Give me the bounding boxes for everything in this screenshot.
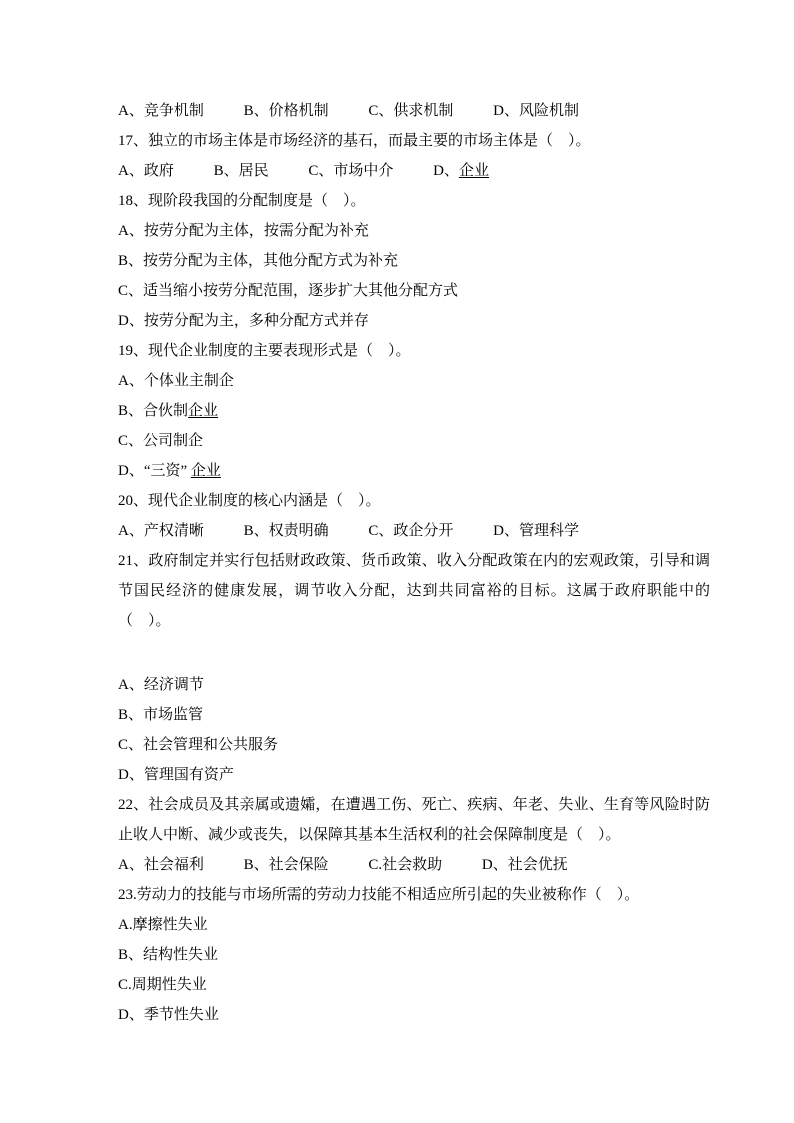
q22-option-b: B、社会保险 <box>244 850 329 880</box>
q20-options-row: A、产权清晰 B、权责明确 C、政企分开 D、管理科学 <box>118 516 710 546</box>
question-21: 21、政府制定并实行包括财政政策、货币政策、收入分配政策在内的宏观政策，引导和调… <box>118 546 710 790</box>
q17-option-c: C、市场中介 <box>308 156 393 186</box>
q16-option-a: A、竞争机制 <box>118 96 204 126</box>
q17-options-row: A、政府 B、居民 C、市场中介 D、企业 <box>118 156 710 186</box>
q20-stem: 20、现代企业制度的核心内涵是（ ）。 <box>118 486 710 516</box>
q19-option-a: A、个体业主制企 <box>118 366 710 396</box>
q16-option-c: C、供求机制 <box>368 96 453 126</box>
q19-option-d-label: D、“三资” <box>118 463 191 479</box>
q17-option-a: A、政府 <box>118 156 174 186</box>
question-22: 22、社会成员及其亲属或遗孀，在遭遇工伤、死亡、疾病、年老、失业、生育等风险时防… <box>118 790 710 880</box>
q23-option-a: A.摩擦性失业 <box>118 910 710 940</box>
q17-option-d-label: D、 <box>433 163 459 179</box>
q17-option-b: B、居民 <box>214 156 269 186</box>
q19-option-b: B、合伙制企业 <box>118 396 710 426</box>
q18-stem: 18、现阶段我国的分配制度是（ ）。 <box>118 186 710 216</box>
q16-option-d: D、风险机制 <box>493 96 579 126</box>
q21-blank-line <box>118 636 710 670</box>
q19-option-d-underlined-text: 企业 <box>191 463 221 479</box>
q19-option-b-underlined-text: 企业 <box>188 403 218 419</box>
q23-option-b: B、结构性失业 <box>118 940 710 970</box>
question-17: 17、独立的市场主体是市场经济的基石，而最主要的市场主体是（ ）。 A、政府 B… <box>118 126 710 186</box>
q20-option-b: B、权责明确 <box>244 516 329 546</box>
q22-option-c: C.社会救助 <box>368 850 442 880</box>
q21-option-b: B、市场监管 <box>118 700 710 730</box>
q18-option-d: D、按劳分配为主，多种分配方式并存 <box>118 306 710 336</box>
q17-option-d-underlined-answer: 企业 <box>459 163 489 179</box>
q22-stem: 22、社会成员及其亲属或遗孀，在遭遇工伤、死亡、疾病、年老、失业、生育等风险时防… <box>118 790 710 850</box>
q19-option-d: D、“三资” 企业 <box>118 456 710 486</box>
q18-option-b: B、按劳分配为主体，其他分配方式为补充 <box>118 246 710 276</box>
q23-option-c: C.周期性失业 <box>118 970 710 1000</box>
document-page: A、竞争机制 B、价格机制 C、供求机制 D、风险机制 17、独立的市场主体是市… <box>0 0 794 1123</box>
q22-option-a: A、社会福利 <box>118 850 204 880</box>
q17-stem: 17、独立的市场主体是市场经济的基石，而最主要的市场主体是（ ）。 <box>118 126 710 156</box>
exam-content: A、竞争机制 B、价格机制 C、供求机制 D、风险机制 17、独立的市场主体是市… <box>118 96 710 1030</box>
q21-option-d: D、管理国有资产 <box>118 760 710 790</box>
question-20: 20、现代企业制度的核心内涵是（ ）。 A、产权清晰 B、权责明确 C、政企分开… <box>118 486 710 546</box>
question-18: 18、现阶段我国的分配制度是（ ）。 A、按劳分配为主体，按需分配为补充 B、按… <box>118 186 710 336</box>
q23-option-d: D、季节性失业 <box>118 1000 710 1030</box>
q18-option-a: A、按劳分配为主体，按需分配为补充 <box>118 216 710 246</box>
q16-options-row: A、竞争机制 B、价格机制 C、供求机制 D、风险机制 <box>118 96 710 126</box>
q20-option-d: D、管理科学 <box>493 516 579 546</box>
q19-option-c: C、公司制企 <box>118 426 710 456</box>
q20-option-a: A、产权清晰 <box>118 516 204 546</box>
question-19: 19、现代企业制度的主要表现形式是（ ）。 A、个体业主制企 B、合伙制企业 C… <box>118 336 710 486</box>
q21-option-c: C、社会管理和公共服务 <box>118 730 710 760</box>
q18-option-c: C、适当缩小按劳分配范围，逐步扩大其他分配方式 <box>118 276 710 306</box>
q23-stem: 23.劳动力的技能与市场所需的劳动力技能不相适应所引起的失业被称作（ ）。 <box>118 880 710 910</box>
q22-option-d: D、社会优抚 <box>482 850 568 880</box>
q21-option-a: A、经济调节 <box>118 670 710 700</box>
question-23: 23.劳动力的技能与市场所需的劳动力技能不相适应所引起的失业被称作（ ）。 A.… <box>118 880 710 1030</box>
q20-option-c: C、政企分开 <box>368 516 453 546</box>
q19-option-b-label: B、合伙制 <box>118 403 188 419</box>
q22-options-row: A、社会福利 B、社会保险 C.社会救助 D、社会优抚 <box>118 850 710 880</box>
q19-stem: 19、现代企业制度的主要表现形式是（ ）。 <box>118 336 710 366</box>
q21-stem: 21、政府制定并实行包括财政政策、货币政策、收入分配政策在内的宏观政策，引导和调… <box>118 546 710 636</box>
q17-option-d: D、企业 <box>433 156 489 186</box>
q16-option-b: B、价格机制 <box>244 96 329 126</box>
